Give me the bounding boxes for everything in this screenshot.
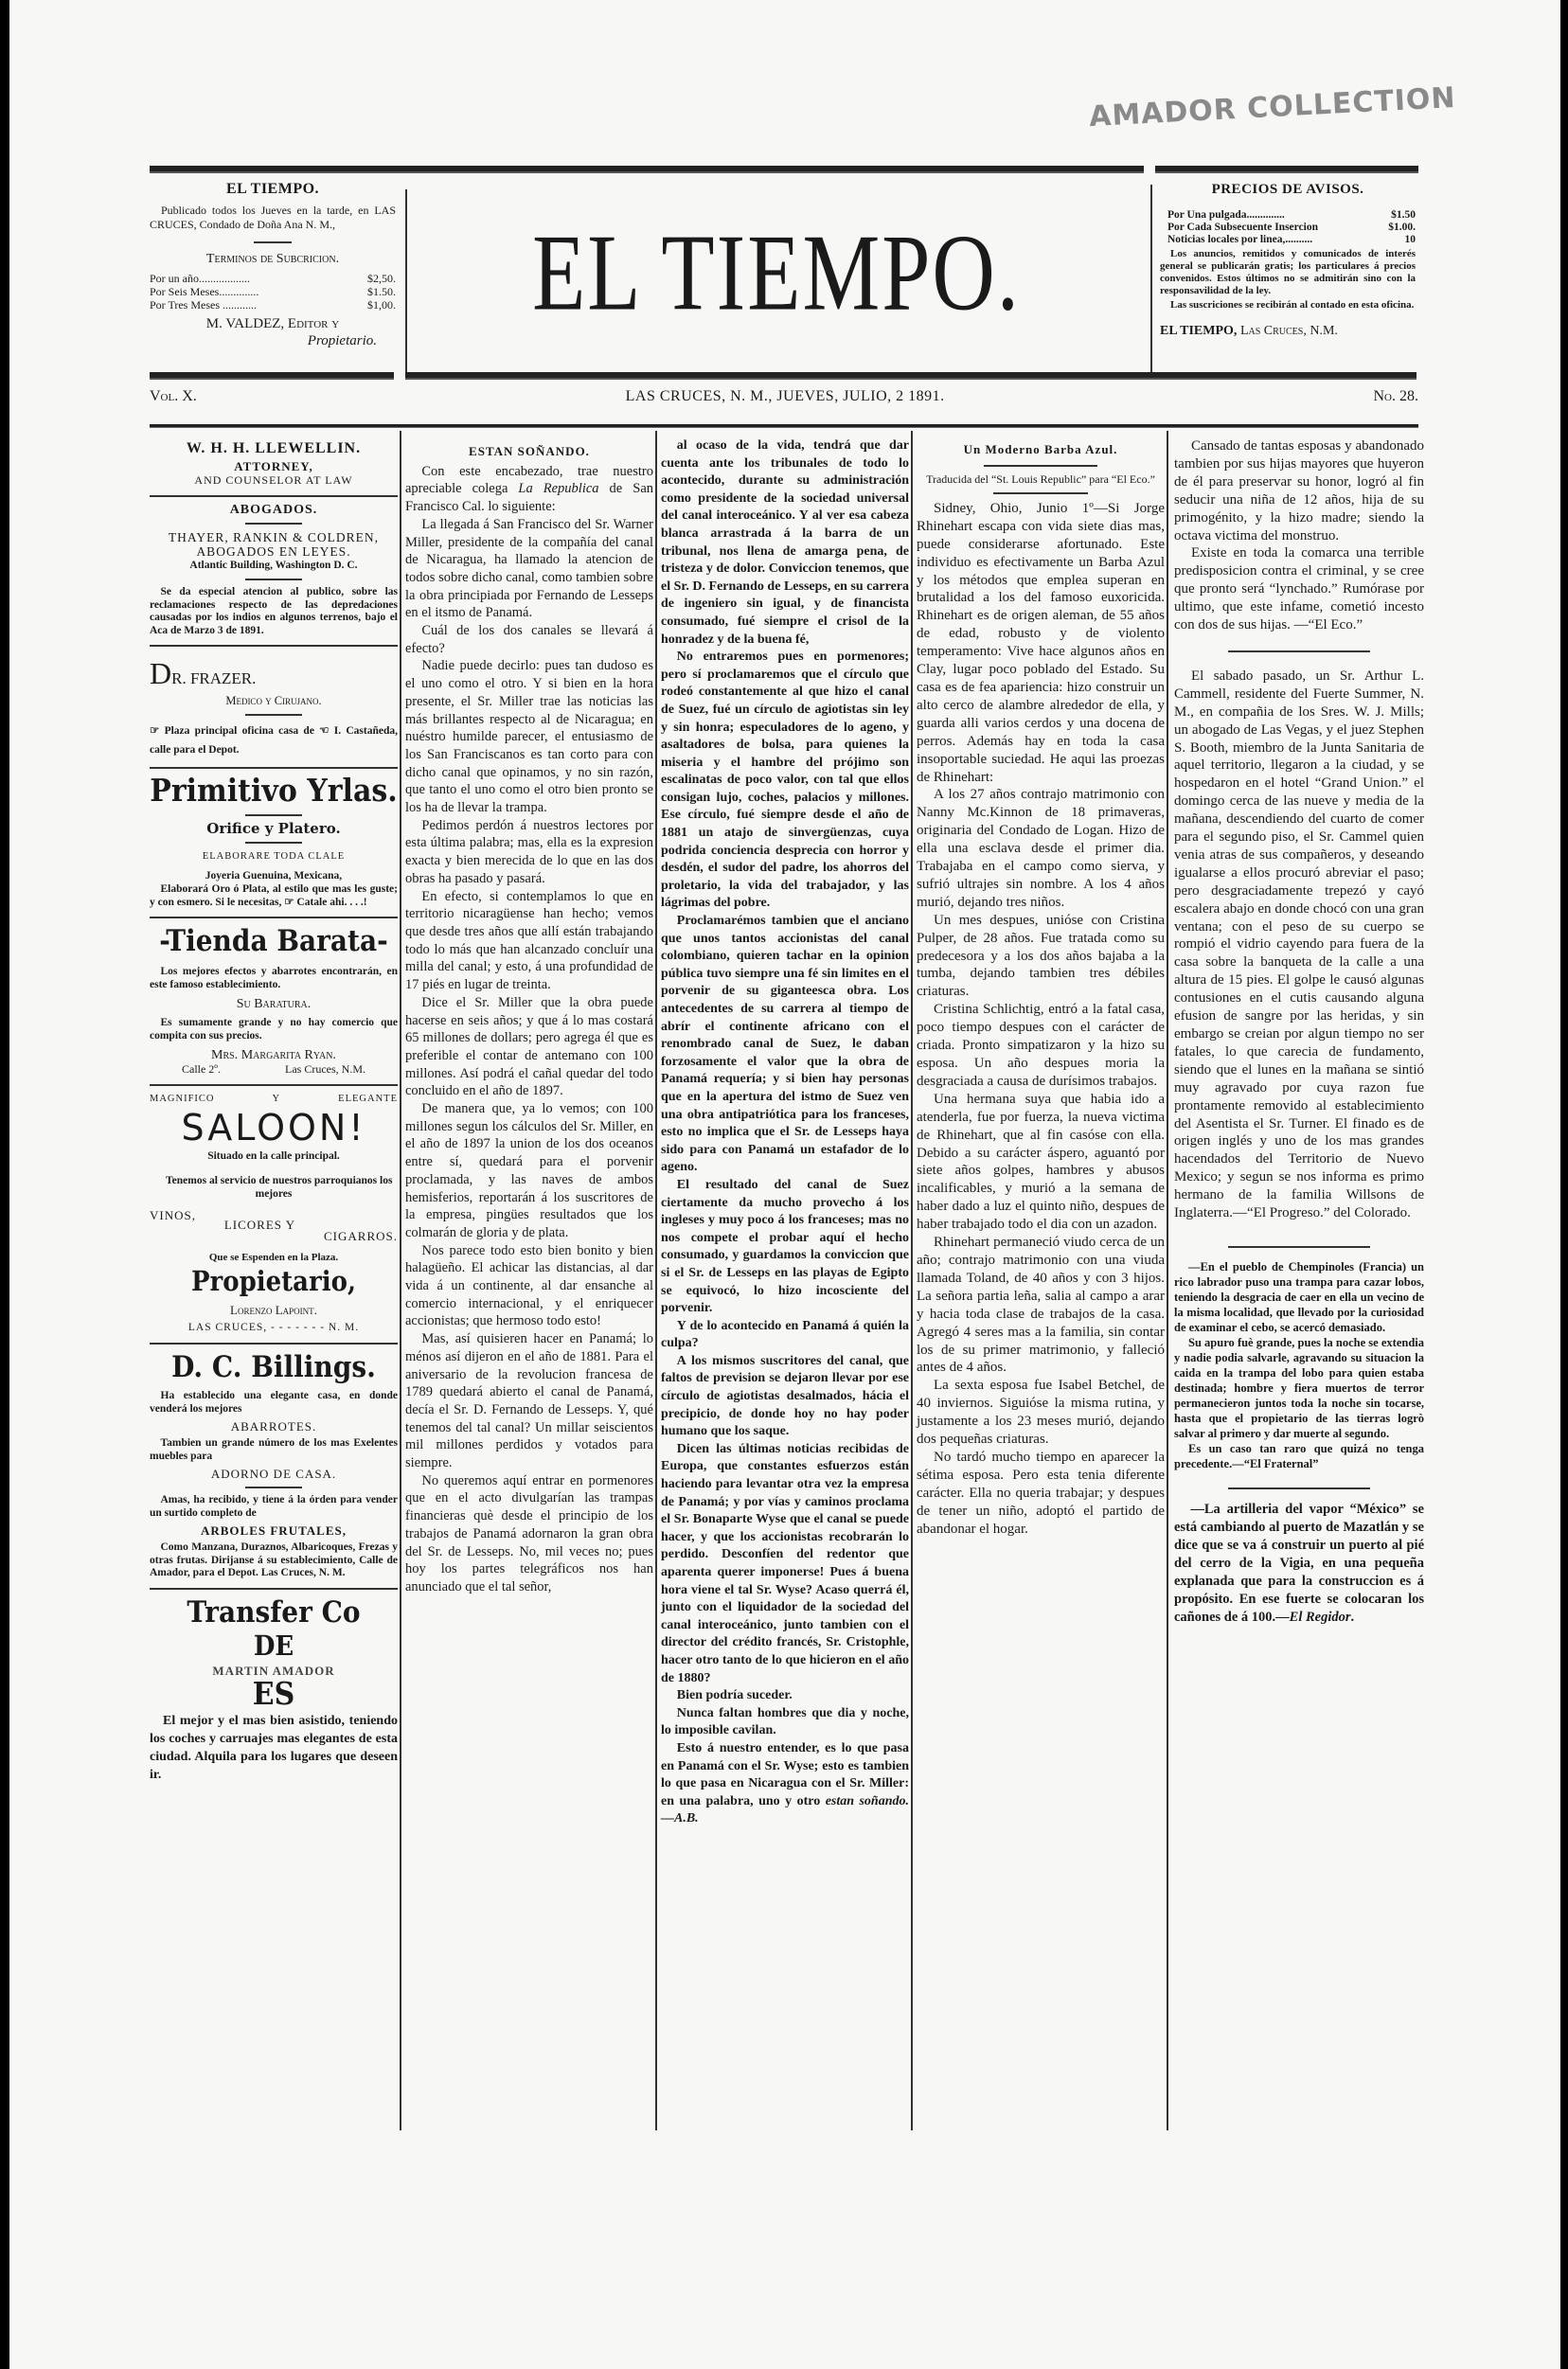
ad-saloon-owner: Lorenzo Lapoint. [150, 1303, 398, 1317]
article-body: Sidney, Ohio, Junio 1º—Si Jorge Rhinehar… [917, 500, 1165, 1539]
ad-frazer-title: Medico y Cirujano. [150, 694, 398, 708]
article-body: al ocaso de la vida, tendrá que dar cuen… [661, 437, 909, 1828]
ad-abogados-address: Atlantic Building, Washington D. C. [150, 559, 398, 573]
signature-place: Las Cruces, N.M. [1240, 324, 1338, 338]
masthead-signature: EL TIEMPO, Las Cruces, N.M. [1160, 325, 1416, 338]
ad-billings-body2: Tambien un grande número de los mas Exel… [150, 1437, 398, 1463]
ad-yrlas-body: Elaborará Oro ó Plata, al estilo que mas… [150, 883, 398, 909]
editor-name: M. VALDEZ, Editor y [150, 317, 396, 330]
masthead-bottom-rule-left [150, 372, 394, 380]
rate-label: Por Tres Meses ............ [150, 298, 257, 312]
divider [245, 814, 302, 816]
subscription-notice: Las suscriciones se recibirán al contado… [1160, 299, 1416, 312]
ad-llewellin-sub: AND COUNSELOR AT LAW [150, 473, 398, 488]
divider [245, 842, 302, 844]
place-date: LAS CRUCES, N. M., JUEVES, JULIO, 2 1891… [626, 388, 945, 405]
news-mexico: —La artilleria del vapor “México” se est… [1174, 1501, 1424, 1627]
ad-saloon-top: MAGNIFICO Y ELEGANTE [150, 1092, 398, 1106]
rate-price: $1.50. [367, 285, 396, 298]
paragraph: Existe en toda la comarca una terrible p… [1174, 544, 1424, 634]
divider [254, 241, 292, 243]
masthead-right-title: PRECIOS DE AVISOS. [1160, 183, 1416, 196]
article-barba-azul-continued: Cansado de tantas esposas y abandonado t… [1174, 437, 1424, 634]
ad-billings: D. C. Billings. Ha establecido una elega… [150, 1345, 398, 1590]
paragraph: Y de lo acontecido en Panamá á quién la … [661, 1318, 909, 1353]
paragraph: Cuál de los dos canales se llevará á efe… [405, 622, 653, 657]
paragraph: Cansado de tantas esposas y abandonado t… [1174, 437, 1424, 544]
paragraph: No tardó mucho tiempo en aparecer la sét… [917, 1449, 1165, 1539]
divider [245, 523, 302, 525]
rate-row: Por un año..................$2,50. [150, 272, 396, 285]
ad-saloon-place: LAS CRUCES, - - - - - - - N. M. [150, 1321, 398, 1335]
column-divider [911, 431, 913, 2130]
paragraph: En efecto, si contemplamos lo que en ter… [405, 888, 653, 994]
ad-billings-body4: Como Manzana, Duraznos, Albaricoques, Fr… [150, 1541, 398, 1580]
paragraph: Bien podría suceder. [661, 1687, 909, 1705]
ad-billings-body1: Ha establecido una elegante casa, en don… [150, 1390, 398, 1416]
ornamental-divider [1174, 1236, 1424, 1254]
paragraph: Nadie puede decirlo: pues tan dudoso es … [405, 657, 653, 816]
article-body: Con este encabezado, trae nuestro apreci… [405, 463, 653, 1596]
signature-name: EL TIEMPO, [1160, 324, 1237, 338]
rate-label: Por Cada Subsecuente Insercion [1167, 222, 1318, 234]
paragraph: Nunca faltan hombres que dia y noche, lo… [661, 1705, 909, 1740]
ad-abogados-firm-sub: ABOGADOS EN LEYES. [150, 544, 398, 559]
ad-billings-name: D. C. Billings. [150, 1348, 398, 1386]
ad-transfer: Transfer Co DE MARTIN AMADOR ES El mejor… [150, 1590, 398, 1791]
paragraph: Nos parece todo esto bien bonito y bien … [405, 1242, 653, 1331]
masthead-advertising-box: PRECIOS DE AVISOS. Por Una pulgada......… [1160, 183, 1416, 338]
rate-row: Por Cada Subsecuente Insercion$1.00. [1160, 222, 1416, 234]
paragraph: Su apuro fuè grande, pues la noche se ex… [1174, 1335, 1424, 1441]
dateline: Vol. X. LAS CRUCES, N. M., JUEVES, JULIO… [150, 388, 1418, 405]
paragraph: Con este encabezado, trae nuestro apreci… [405, 463, 653, 516]
ad-llewellin-name: W. H. H. LLEWELLIN. [150, 441, 398, 455]
ad-frazer-name: DR. FRAZER. [150, 658, 398, 688]
article-barba-azul: Un Moderno Barba Azul. Traducida del “St… [917, 437, 1165, 1538]
ad-saloon: MAGNIFICO Y ELEGANTE SALOON! Situado en … [150, 1086, 398, 1345]
paragraph: Dice el Sr. Miller que la obra puede hac… [405, 994, 653, 1100]
ad-billings-h2: ADORNO DE CASA. [150, 1467, 398, 1481]
rate-label: Por un año.................. [150, 272, 250, 285]
paragraph: La sexta esposa fue Isabel Betchel, de 4… [917, 1377, 1165, 1449]
ad-saloon-prop: Propietario, [150, 1263, 398, 1301]
rate-row: Por Tres Meses ............$1,00. [150, 298, 396, 312]
paragraph: Dicen las últimas noticias recibidas de … [661, 1441, 909, 1687]
article-title: ESTAN SOÑANDO. [405, 443, 653, 461]
paragraph: Proclamarémos tambien que el anciano que… [661, 913, 909, 1177]
masthead-bottom-rule-main [405, 372, 1417, 380]
ad-tienda-barata: -Tienda Barata- Los mejores efectos y ab… [150, 918, 398, 1086]
ad-tienda-name: -Tienda Barata- [150, 922, 398, 960]
paragraph: El resultado del canal de Suez ciertamen… [661, 1177, 909, 1318]
rate-label: Noticias locales por linea,.......... [1167, 234, 1312, 246]
collection-stamp: AMADOR COLLECTION [1088, 81, 1456, 134]
rate-label: Por Seis Meses.............. [150, 285, 258, 298]
ad-yrlas: Primitivo Yrlas. Orifice y Platero. ELAB… [150, 769, 398, 918]
ad-tienda-owner: Mrs. Margarita Ryan. [150, 1048, 398, 1062]
rate-price: $1,00. [367, 298, 396, 312]
paragraph: La llegada á San Francisco del Sr. Warne… [405, 516, 653, 622]
masthead-top-rule-left [150, 166, 1144, 173]
ad-abogados-body: Se da especial atencion al publico, sobr… [150, 586, 398, 637]
masthead-left-title: EL TIEMPO. [150, 183, 396, 196]
column-divider [655, 431, 657, 2130]
paragraph: No entraremos pues en pormenores; pero s… [661, 649, 909, 913]
masthead-subscription-box: EL TIEMPO. Publicado todos los Jueves en… [150, 183, 396, 347]
ad-llewellin: W. H. H. LLEWELLIN. ATTORNEY, AND COUNSE… [150, 437, 398, 497]
article-subtitle: Traducida del “St. Louis Republic” para … [917, 472, 1165, 487]
paragraph: A los mismos suscritores del canal, que … [661, 1353, 909, 1441]
ad-saloon-name: SALOON! [150, 1106, 398, 1149]
article-estan-sonando: ESTAN SOÑANDO. Con este encabezado, trae… [405, 437, 653, 1596]
dateline-rule [150, 424, 1418, 428]
subscription-rates: Por un año..................$2,50.Por Se… [150, 272, 396, 312]
ad-yrlas-name: Primitivo Yrlas. [150, 773, 398, 810]
paragraph: al ocaso de la vida, tendrá que dar cuen… [661, 437, 909, 649]
rate-row: Por Una pulgada..............$1.50 [1160, 209, 1416, 222]
terms-title: Terminos de Subcricion. [150, 253, 396, 266]
paragraph: Es un caso tan raro que quizá no tenga p… [1174, 1441, 1424, 1471]
ad-abogados-heading: ABOGADOS. [150, 503, 398, 517]
column-divider [400, 431, 401, 2130]
proprietor-label: Propietario. [150, 334, 396, 347]
advertising-notice: Los anuncios, remitidos y comunicados de… [1160, 248, 1416, 297]
ad-yrlas-line1: ELABORARE TODA CLALE [150, 849, 398, 864]
ad-yrlas-trade: Orifice y Platero. [150, 822, 398, 836]
divider [245, 714, 302, 716]
paragraph: Pedimos perdón á nuestros lectores por e… [405, 817, 653, 888]
rate-row: Noticias locales por linea,..........10 [1160, 234, 1416, 246]
ad-tienda-body2: Es sumamente grande y no hay comercio qu… [150, 1017, 398, 1042]
ad-saloon-items: VINOS, LICORES Y CIGARROS. [150, 1208, 398, 1243]
ad-yrlas-line2: Joyeria Guenuina, Mexicana, [150, 869, 398, 883]
ad-frazer: DR. FRAZER. Medico y Cirujano. ☞ Plaza p… [150, 647, 398, 769]
ad-billings-h1: ABARROTES. [150, 1419, 398, 1434]
ad-frazer-body: ☞ Plaza principal oficina casa de ☜ I. C… [150, 721, 398, 759]
ad-transfer-de: DE [150, 1628, 398, 1665]
paragraph: Sidney, Ohio, Junio 1º—Si Jorge Rhinehar… [917, 500, 1165, 787]
ad-abogados: ABOGADOS. THAYER, RANKIN & COLDREN, ABOG… [150, 497, 398, 647]
ad-billings-h3: ARBOLES FRUTALES, [150, 1523, 398, 1538]
news-chempinoles: —En el pueblo de Chempinoles (Francia) u… [1174, 1259, 1424, 1471]
ad-tienda-sub: Su Baratura. [150, 997, 398, 1011]
column-divider [1167, 431, 1168, 2130]
volume-number: Vol. X. [150, 388, 197, 405]
column-advertisements: W. H. H. LLEWELLIN. ATTORNEY, AND COUNSE… [150, 437, 398, 1791]
ad-transfer-name: Transfer Co [150, 1594, 398, 1631]
rate-price: $1.50 [1391, 209, 1416, 222]
paragraph: De manera que, ya lo vemos; con 100 mill… [405, 1100, 653, 1242]
ad-saloon-body: Tenemos al servicio de nuestros parroqui… [150, 1175, 398, 1201]
advertising-rates: Por Una pulgada..............$1.50Por Ca… [1160, 209, 1416, 246]
ad-transfer-es: ES [150, 1676, 398, 1714]
ornamental-divider [1174, 640, 1424, 658]
paragraph: A los 27 años contrajo matrimonio con Na… [917, 786, 1165, 911]
ad-billings-body3: Amas, ha recibido, y tiene á la órden pa… [150, 1494, 398, 1520]
column-news: Cansado de tantas esposas y abandonado t… [1174, 437, 1424, 1627]
rate-price: $1.00. [1388, 222, 1416, 234]
rate-row: Por Seis Meses..............$1.50. [150, 285, 396, 298]
ad-transfer-body: El mejor y el mas bien asistido, teniend… [150, 1712, 398, 1784]
article-estan-sonando-continued: al ocaso de la vida, tendrá que dar cuen… [661, 437, 909, 1828]
ad-tienda-body: Los mejores efectos y abarrotes encontra… [150, 966, 398, 991]
paragraph: Rhinehart permaneció viudo cerca de un a… [917, 1234, 1165, 1377]
divider [993, 492, 1088, 494]
paragraph: Cristina Schlichtig, entró a la fatal ca… [917, 1001, 1165, 1091]
ad-llewellin-title: ATTORNEY, [150, 459, 398, 473]
paragraph: —En el pueblo de Chempinoles (Francia) u… [1174, 1259, 1424, 1335]
masthead-divider-right [1150, 185, 1152, 374]
ad-tienda-address: Calle 2º. Las Cruces, N.M. [150, 1062, 398, 1077]
masthead-top-rule-right [1155, 166, 1418, 173]
paragraph: No queremos aquí entrar en pormenores qu… [405, 1472, 653, 1596]
issue-number: No. 28. [1374, 388, 1419, 405]
masthead-divider-left [405, 189, 407, 374]
divider [984, 465, 1097, 467]
publication-info: Publicado todos los Jueves en la tarde, … [150, 204, 396, 232]
divider [245, 579, 302, 580]
rate-label: Por Una pulgada.............. [1167, 209, 1285, 222]
newspaper-page: AMADOR COLLECTION EL TIEMPO. Publicado t… [9, 0, 1560, 2369]
paragraph: Mas, así quisieren hacer en Panamá; lo m… [405, 1330, 653, 1472]
ad-saloon-location: Situado en la calle principal. [150, 1149, 398, 1164]
paragraph: Un mes despues, unióse con Cristina Pulp… [917, 912, 1165, 1002]
article-title: Un Moderno Barba Azul. [917, 441, 1165, 459]
ornamental-divider [1174, 1477, 1424, 1495]
divider [245, 1487, 302, 1488]
newspaper-title: EL TIEMPO. [417, 213, 1136, 331]
news-cammell: El sabado pasado, un Sr. Arthur L. Camme… [1174, 668, 1424, 1222]
ad-abogados-firm: THAYER, RANKIN & COLDREN, [150, 530, 398, 544]
paragraph: Una hermana suya que habia ido a atender… [917, 1091, 1165, 1234]
rate-price: $2,50. [367, 272, 396, 285]
paragraph: Esto á nuestro entender, es lo que pasa … [661, 1740, 909, 1828]
rate-price: 10 [1405, 234, 1417, 246]
